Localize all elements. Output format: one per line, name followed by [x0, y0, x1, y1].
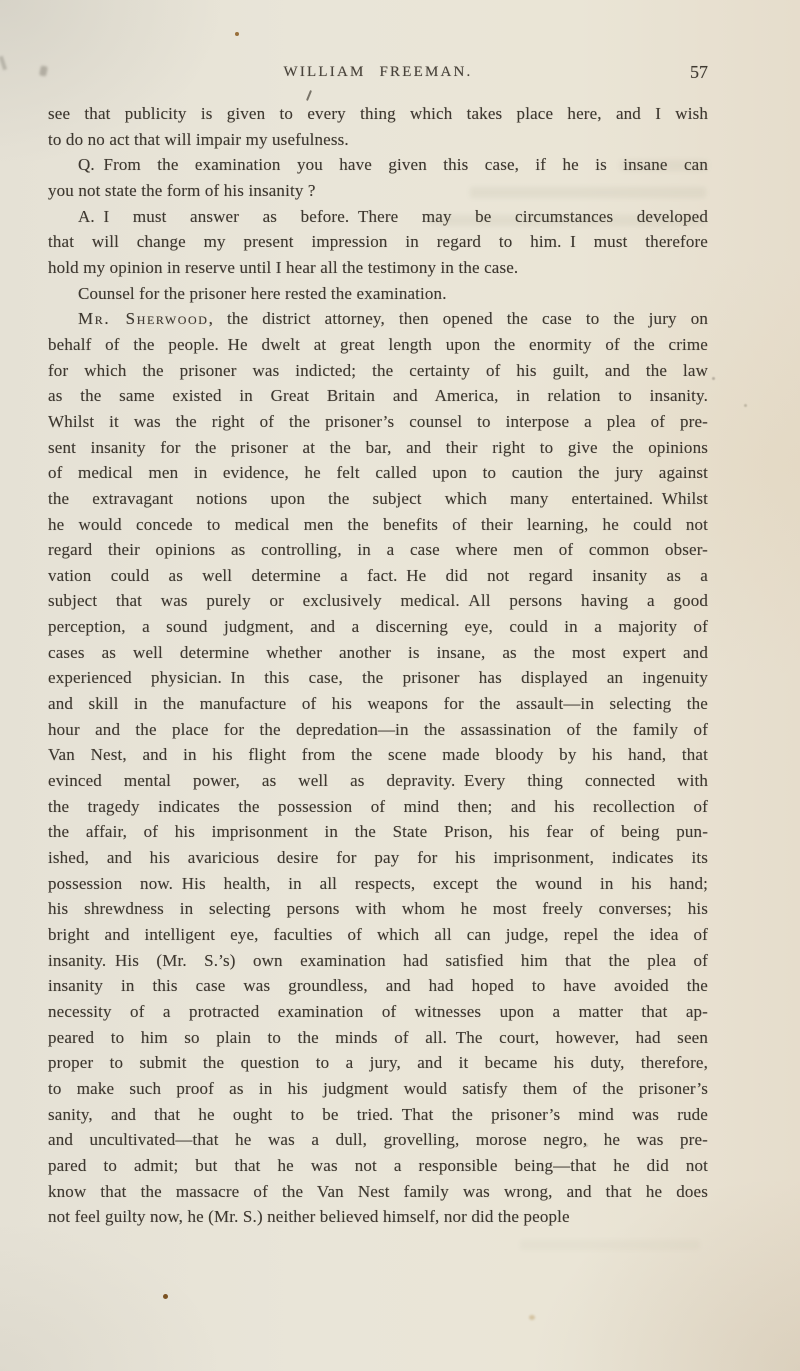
- text-line: Van Nest, and in his flight from the sce…: [48, 742, 708, 768]
- text-line: ished, and his avaricious desire for pay…: [48, 845, 708, 871]
- text-line: hour and the place for the depredation—i…: [48, 717, 708, 743]
- paper-speck: [585, 1144, 588, 1147]
- ink-smudge: [39, 65, 48, 76]
- text-line: and skill in the manufacture of his weap…: [48, 691, 708, 717]
- text-line: hold my opinion in reserve until I hear …: [48, 255, 708, 281]
- text-line: evinced mental power, as well as depravi…: [48, 768, 708, 794]
- edge-smudge: [0, 56, 7, 71]
- text-line: bright and intelligent eye, faculties of…: [48, 922, 708, 948]
- paper-speck: [712, 377, 715, 380]
- text-line: of medical men in evidence, he felt call…: [48, 460, 708, 486]
- text-line: experienced physician. In this case, the…: [48, 665, 708, 691]
- text-line: sanity, and that he ought to be tried. T…: [48, 1102, 708, 1128]
- text-line: insanity. His (Mr. S.’s) own examination…: [48, 948, 708, 974]
- text-line: that will change my present impression i…: [48, 229, 708, 255]
- paper-speck: [744, 404, 747, 407]
- text-line: necessity of a protracted examination of…: [48, 999, 708, 1025]
- showthrough-text-shadow: [430, 215, 706, 226]
- text-line: Counsel for the prisoner here rested the…: [48, 281, 708, 307]
- text-line: he would concede to medical men the bene…: [48, 512, 708, 538]
- text-line: peared to him so plain to the minds of a…: [48, 1025, 708, 1051]
- text-line: possession now. His health, in all respe…: [48, 871, 708, 897]
- text-line: and uncultivated—that he was a dull, gro…: [48, 1127, 708, 1153]
- paper-speck: [163, 1294, 168, 1299]
- text-line: subject that was purely or exclusively m…: [48, 588, 708, 614]
- showthrough-text-shadow: [620, 160, 708, 171]
- text-line: behalf of the people. He dwelt at great …: [48, 332, 708, 358]
- text-line: not feel guilty now, he (Mr. S.) neither…: [48, 1204, 708, 1230]
- paper-stain: [529, 1315, 535, 1320]
- running-header: WILLIAM FREEMAN. 57: [48, 64, 708, 86]
- text-line: see that publicity is given to every thi…: [48, 101, 708, 127]
- text-line: Mr. Sherwood, the district attorney, the…: [48, 306, 708, 332]
- text-line: Q. From the examination you have given t…: [48, 152, 708, 178]
- paper-speck: [235, 32, 239, 36]
- showthrough-text-shadow: [470, 187, 706, 198]
- text-line: sent insanity for the prisoner at the ba…: [48, 435, 708, 461]
- showthrough-text-shadow: [520, 1240, 700, 1250]
- text-line: the affair, of his imprisonment in the S…: [48, 819, 708, 845]
- text-line: cases as well determine whether another …: [48, 640, 708, 666]
- text-line: his shrewdness in selecting persons with…: [48, 896, 708, 922]
- page-text: see that publicity is given to every thi…: [48, 101, 708, 1230]
- book-page-scan: WILLIAM FREEMAN. 57 see that publicity i…: [0, 0, 800, 1371]
- text-line: to do no act that will impair my usefuln…: [48, 127, 708, 153]
- text-line: pared to admit; but that he was not a re…: [48, 1153, 708, 1179]
- stray-pen-mark: [306, 90, 312, 101]
- text-line: the tragedy indicates the possession of …: [48, 794, 708, 820]
- text-line: Whilst it was the right of the prisoner’…: [48, 409, 708, 435]
- text-line: know that the massacre of the Van Nest f…: [48, 1179, 708, 1205]
- running-title: WILLIAM FREEMAN.: [48, 64, 708, 81]
- text-line: insanity in this case was groundless, an…: [48, 973, 708, 999]
- text-line: vation could as well determine a fact. H…: [48, 563, 708, 589]
- text-line: for which the prisoner was indicted; the…: [48, 358, 708, 384]
- text-line: as the same existed in Great Britain and…: [48, 383, 708, 409]
- page-number: 57: [690, 62, 708, 83]
- text-line: regard their opinions as controlling, in…: [48, 537, 708, 563]
- text-line: the extravagant notions upon the subject…: [48, 486, 708, 512]
- smallcaps-name: Mr. Sherwood: [78, 309, 209, 328]
- text-line: proper to submit the question to a jury,…: [48, 1050, 708, 1076]
- text-line: to make such proof as in his judgment wo…: [48, 1076, 708, 1102]
- text-line: perception, a sound judgment, and a disc…: [48, 614, 708, 640]
